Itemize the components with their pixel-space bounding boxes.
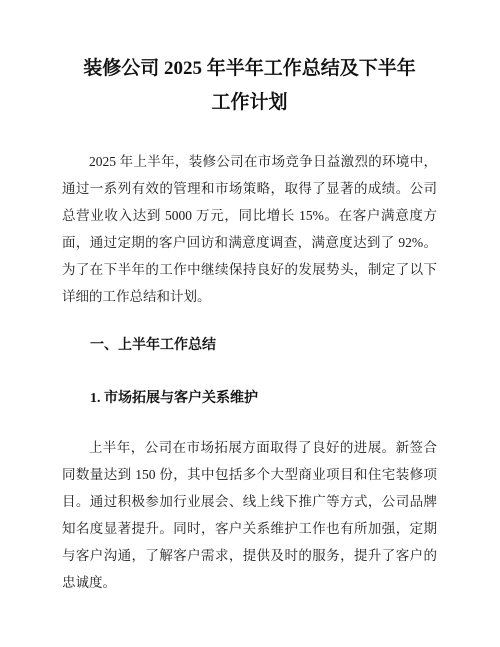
document-title: 装修公司 2025 年半年工作总结及下半年 工作计划 <box>62 52 437 120</box>
document-title-line-2: 工作计划 <box>211 92 287 113</box>
market-expansion-paragraph: 上半年，公司在市场拓展方面取得了良好的进展。新签合同数量达到 150 份，其中包… <box>62 434 437 596</box>
section-heading-first-half-summary: 一、上半年工作总结 <box>62 332 437 359</box>
subsection-heading-market-expansion: 1. 市场拓展与客户关系维护 <box>62 385 437 412</box>
intro-paragraph: 2025 年上半年，装修公司在市场竞争日益激烈的环境中，通过一系列有效的管理和市… <box>62 148 437 310</box>
document-page: 装修公司 2025 年半年工作总结及下半年 工作计划 2025 年上半年，装修公… <box>0 0 500 647</box>
document-title-line-1: 装修公司 2025 年半年工作总结及下半年 <box>83 58 416 79</box>
